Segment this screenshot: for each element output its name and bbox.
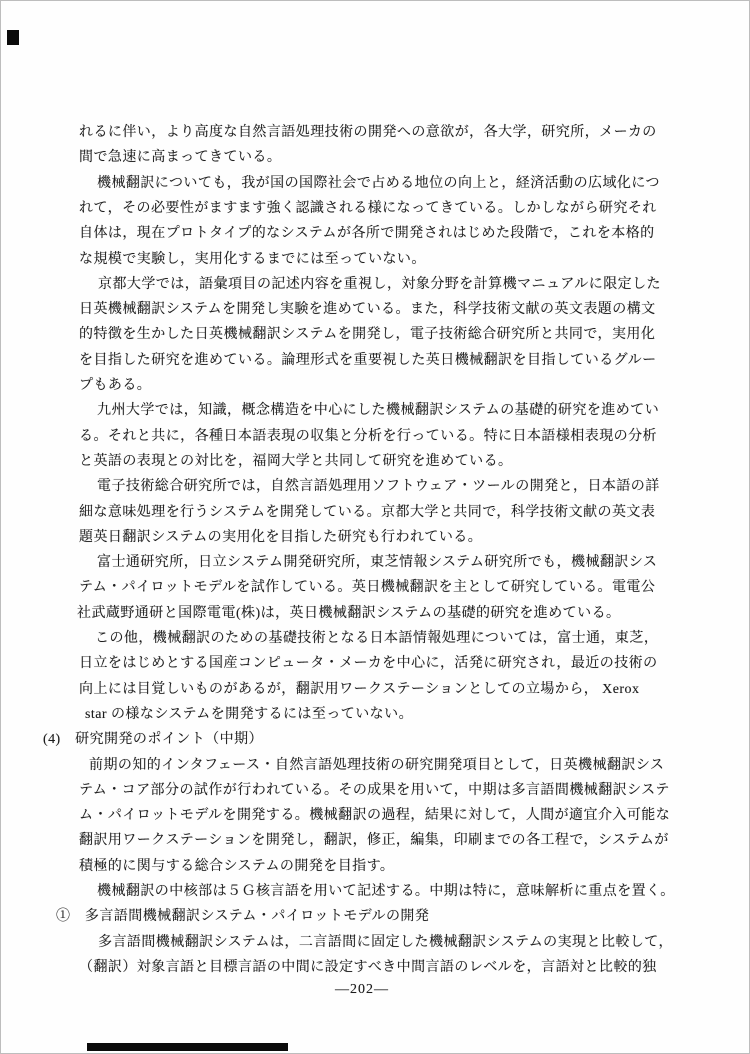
text-line: 翻訳用ワークステーションを開発し，翻訳，修正，編集，印刷までの各工程で，システム… bbox=[79, 831, 669, 851]
text-line: 社武蔵野通研と国際電電(株)は，英日機械翻訳システムの基礎的研究を進めている。 bbox=[77, 604, 620, 624]
text-line: 京都大学では，語彙項目の記述内容を重視し，対象分野を計算機マニュアルに限定した bbox=[98, 275, 661, 295]
text-line: 自体は，現在プロトタイプ的なシステムが各所で開発されはじめた段階で，これを本格的 bbox=[79, 224, 655, 244]
text-line: この他，機械翻訳のための基礎技術となる日本語情報処理については，富士通，東芝， bbox=[95, 629, 658, 649]
text-line: 機械翻訳の中核部は５Ｇ核言語を用いて記述する。中期は特に，意味解析に重点を置く。 bbox=[97, 882, 675, 902]
text-line: 題英日翻訳システムの実用化を目指した研究も行われている。 bbox=[79, 528, 482, 548]
text-line: 富士通研究所，日立システム開発研究所，東芝情報システム研究所でも，機械翻訳シス bbox=[97, 553, 657, 573]
page-number: —202— bbox=[1, 982, 723, 998]
text-line: (4) 研究開発のポイント（中期） bbox=[43, 730, 263, 750]
text-line: と英語の表現との対比を，福岡大学と共同して研究を進めている。 bbox=[79, 452, 513, 472]
text-line: （翻訳）対象言語と目標言語の中間に設定すべき中間言語のレベルを，言語対と比較的独 bbox=[79, 958, 657, 978]
scan-artifact-bottom-bar bbox=[87, 1043, 288, 1051]
text-line: 多言語間機械翻訳システムは，二言語間に固定した機械翻訳システムの実現と比較して， bbox=[98, 933, 673, 953]
text-line: テム・パイロットモデルを試作している。英日機械翻訳を主として研究している。電電公 bbox=[79, 578, 655, 598]
text-line: 向上には目覚しいものがあるが，翻訳用ワークステーションとしての立場から， Xer… bbox=[79, 680, 639, 700]
scan-artifact-top-left bbox=[7, 30, 19, 45]
text-line: テム・コア部分の試作が行われている。その成果を用いて，中期は多言語間機械翻訳シス… bbox=[79, 781, 670, 801]
text-line: 間で急速に高まってきている。 bbox=[79, 148, 281, 168]
text-line: 的特徴を生かした日英機械翻訳システムを開発し，電子技術総合研究所と共同で，実用化 bbox=[79, 325, 655, 345]
text-line: ム・パイロットモデルを開発する。機械翻訳の過程，結果に対して，人間が適宜介入可能… bbox=[79, 806, 670, 826]
text-line: プもある。 bbox=[79, 376, 151, 396]
text-line: れるに伴い，より高度な自然言語処理技術の開発への意欲が，各大学，研究所，メーカの bbox=[79, 123, 657, 143]
text-line: 日立をはじめとする国産コンピュータ・メーカを中心に，活発に研究され，最近の技術の bbox=[79, 654, 658, 674]
text-line: 電子技術総合研究所では，自然言語処理用ソフトウェア・ツールの開発と，日本語の詳 bbox=[97, 477, 660, 497]
text-line: star の様なシステムを開発するには至っていない。 bbox=[85, 705, 413, 725]
text-line: れて，その必要性がますます強く認識される様になってきている。しかしながら研究それ bbox=[79, 199, 657, 219]
text-line: る。それと共に，各種日本語表現の収集と分析を行っている。特に日本語様相表現の分析 bbox=[79, 427, 657, 447]
text-line: ① 多言語間機械翻訳システム・パイロットモデルの開発 bbox=[56, 907, 429, 927]
text-line: 前期の知的インタフェース・自然言語処理技術の研究開発項目として，日英機械翻訳シス bbox=[89, 756, 664, 776]
scanned-document-page: れるに伴い，より高度な自然言語処理技術の開発への意欲が，各大学，研究所，メーカの… bbox=[0, 0, 750, 1054]
text-line: 細な意味処理を行うシステムを開発している。京都大学と共同で，科学技術文献の英文表 bbox=[79, 503, 655, 523]
text-line: な規模で実験し，実用化するまでには至っていない。 bbox=[79, 250, 426, 270]
text-line: 積極的に関与する総合システムの開発を目指す。 bbox=[79, 857, 394, 877]
text-line: を目指した研究を進めている。論理形式を重要視した英日機械翻訳を目指しているグルー bbox=[79, 351, 657, 371]
text-line: 日英機械翻訳システムを開発し実験を進めている。また，科学技術文献の英文表題の構文 bbox=[79, 300, 656, 320]
text-line: 九州大学では，知識，概念構造を中心にした機械翻訳システムの基礎的研究を進めてい bbox=[97, 401, 659, 421]
text-line: 機械翻訳についても，我が国の国際社会で占める地位の向上と，経済活動の広域化につ bbox=[97, 174, 660, 194]
